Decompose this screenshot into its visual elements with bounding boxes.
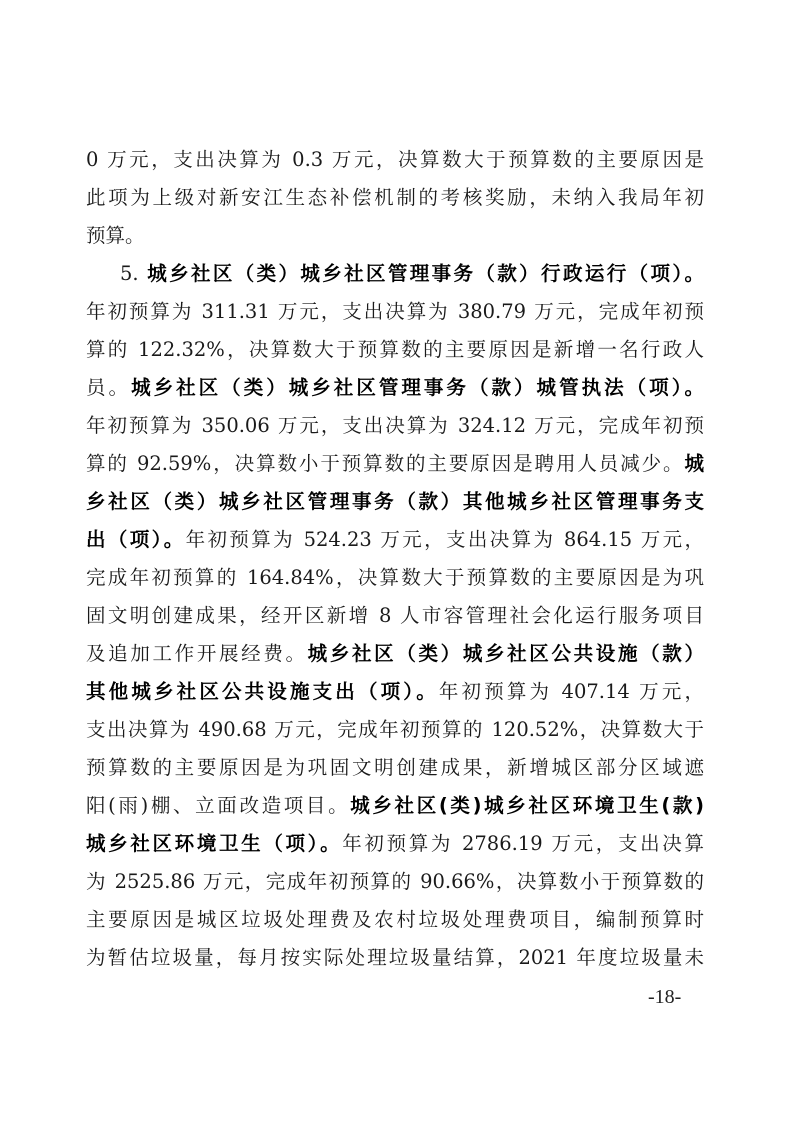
text-segment: 算的 92.59%，决算数小于预算数的主要原因是聘用人员减少。: [86, 452, 684, 475]
text-line: 乡社区（类）城乡社区管理事务（款）其他城乡社区管理事务支: [86, 483, 704, 521]
bold-heading: 城乡社区(类)城乡社区环境卫生(款): [350, 794, 704, 817]
text-line: 年初预算为 311.31 万元，支出决算为 380.79 万元，完成年初预: [86, 293, 704, 331]
text-segment: 年初预算为 2786.19 万元，支出决算: [342, 832, 704, 855]
text-line: 预算。: [86, 217, 704, 255]
text-line: 出（项）。年初预算为 524.23 万元，支出决算为 864.15 万元，: [86, 521, 704, 559]
text-segment: 算的 122.32%，决算数大于预算数的主要原因是新增一名行政人: [86, 338, 704, 361]
text-line: 为暂估垃圾量，每月按实际处理垃圾量结算，2021 年度垃圾量未: [86, 939, 704, 977]
text-line: 支出决算为 490.68 万元，完成年初预算的 120.52%，决算数大于: [86, 711, 704, 749]
text-line: 其他城乡社区公共设施支出（项）。年初预算为 407.14 万元，: [86, 673, 704, 711]
bold-heading: 城乡社区环境卫生（项）。: [86, 832, 342, 855]
text-segment: 预算数的主要原因是为巩固文明创建成果，新增城区部分区域遮: [86, 756, 704, 779]
text-line: 阳(雨)棚、立面改造项目。城乡社区(类)城乡社区环境卫生(款): [86, 787, 704, 825]
text-segment: 0 万元，支出决算为 0.3 万元，决算数大于预算数的主要原因是: [86, 148, 704, 171]
text-segment: 固文明创建成果，经开区新增 8 人市容管理社会化运行服务项目: [86, 604, 704, 627]
bold-heading: 城乡社区（类）城乡社区管理事务（款）城管执法（项）。: [131, 376, 704, 399]
bold-heading: 城: [684, 452, 704, 475]
text-line: 固文明创建成果，经开区新增 8 人市容管理社会化运行服务项目: [86, 597, 704, 635]
text-segment: 为 2525.86 万元，完成年初预算的 90.66%，决算数小于预算数的: [86, 870, 704, 893]
text-segment: 为暂估垃圾量，每月按实际处理垃圾量结算，2021 年度垃圾量未: [86, 946, 704, 969]
text-line: 此项为上级对新安江生态补偿机制的考核奖励，未纳入我局年初: [86, 179, 704, 217]
text-line: 为 2525.86 万元，完成年初预算的 90.66%，决算数小于预算数的: [86, 863, 704, 901]
text-segment: 预算。: [86, 224, 145, 247]
text-line: 城乡社区环境卫生（项）。年初预算为 2786.19 万元，支出决算: [86, 825, 704, 863]
section-heading-line: 5. 城乡社区（类）城乡社区管理事务（款）行政运行（项）。: [120, 255, 704, 293]
document-page: 0 万元，支出决算为 0.3 万元，决算数大于预算数的主要原因是 此项为上级对新…: [0, 0, 793, 1122]
text-segment: 主要原因是城区垃圾处理费及农村垃圾处理费项目，编制预算时: [86, 908, 704, 931]
text-line: 年初预算为 350.06 万元，支出决算为 324.12 万元，完成年初预: [86, 407, 704, 445]
text-line: 及追加工作开展经费。城乡社区（类）城乡社区公共设施（款）: [86, 635, 704, 673]
bold-heading: 出（项）。: [86, 528, 186, 551]
text-segment: 年初预算为 407.14 万元，: [439, 680, 704, 703]
text-segment: 完成年初预算的 164.84%，决算数大于预算数的主要原因是为巩: [86, 566, 704, 589]
page-number: -18-: [648, 986, 681, 1009]
text-line: 0 万元，支出决算为 0.3 万元，决算数大于预算数的主要原因是: [86, 141, 704, 179]
bold-heading: 乡社区（类）城乡社区管理事务（款）其他城乡社区管理事务支: [86, 490, 704, 513]
text-line: 完成年初预算的 164.84%，决算数大于预算数的主要原因是为巩: [86, 559, 704, 597]
text-segment: 年初预算为 524.23 万元，支出决算为 864.15 万元，: [186, 528, 704, 551]
text-line: 算的 92.59%，决算数小于预算数的主要原因是聘用人员减少。城: [86, 445, 704, 483]
text-segment: 年初预算为 311.31 万元，支出决算为 380.79 万元，完成年初预: [86, 300, 704, 323]
text-segment: 员。: [86, 376, 131, 399]
text-line: 主要原因是城区垃圾处理费及农村垃圾处理费项目，编制预算时: [86, 901, 704, 939]
bold-heading: 城乡社区（类）城乡社区管理事务（款）行政运行（项）。: [147, 262, 704, 285]
text-line: 算的 122.32%，决算数大于预算数的主要原因是新增一名行政人: [86, 331, 704, 369]
bold-heading: 其他城乡社区公共设施支出（项）。: [86, 680, 439, 703]
text-segment: 及追加工作开展经费。: [86, 642, 308, 665]
text-line: 员。城乡社区（类）城乡社区管理事务（款）城管执法（项）。: [86, 369, 704, 407]
text-segment: 阳(雨)棚、立面改造项目。: [86, 794, 350, 817]
text-segment: 支出决算为 490.68 万元，完成年初预算的 120.52%，决算数大于: [86, 718, 704, 741]
section-number: 5.: [120, 262, 147, 285]
text-segment: 年初预算为 350.06 万元，支出决算为 324.12 万元，完成年初预: [86, 414, 704, 437]
text-line: 预算数的主要原因是为巩固文明创建成果，新增城区部分区域遮: [86, 749, 704, 787]
text-segment: 此项为上级对新安江生态补偿机制的考核奖励，未纳入我局年初: [86, 186, 704, 209]
bold-heading: 城乡社区（类）城乡社区公共设施（款）: [308, 642, 704, 665]
